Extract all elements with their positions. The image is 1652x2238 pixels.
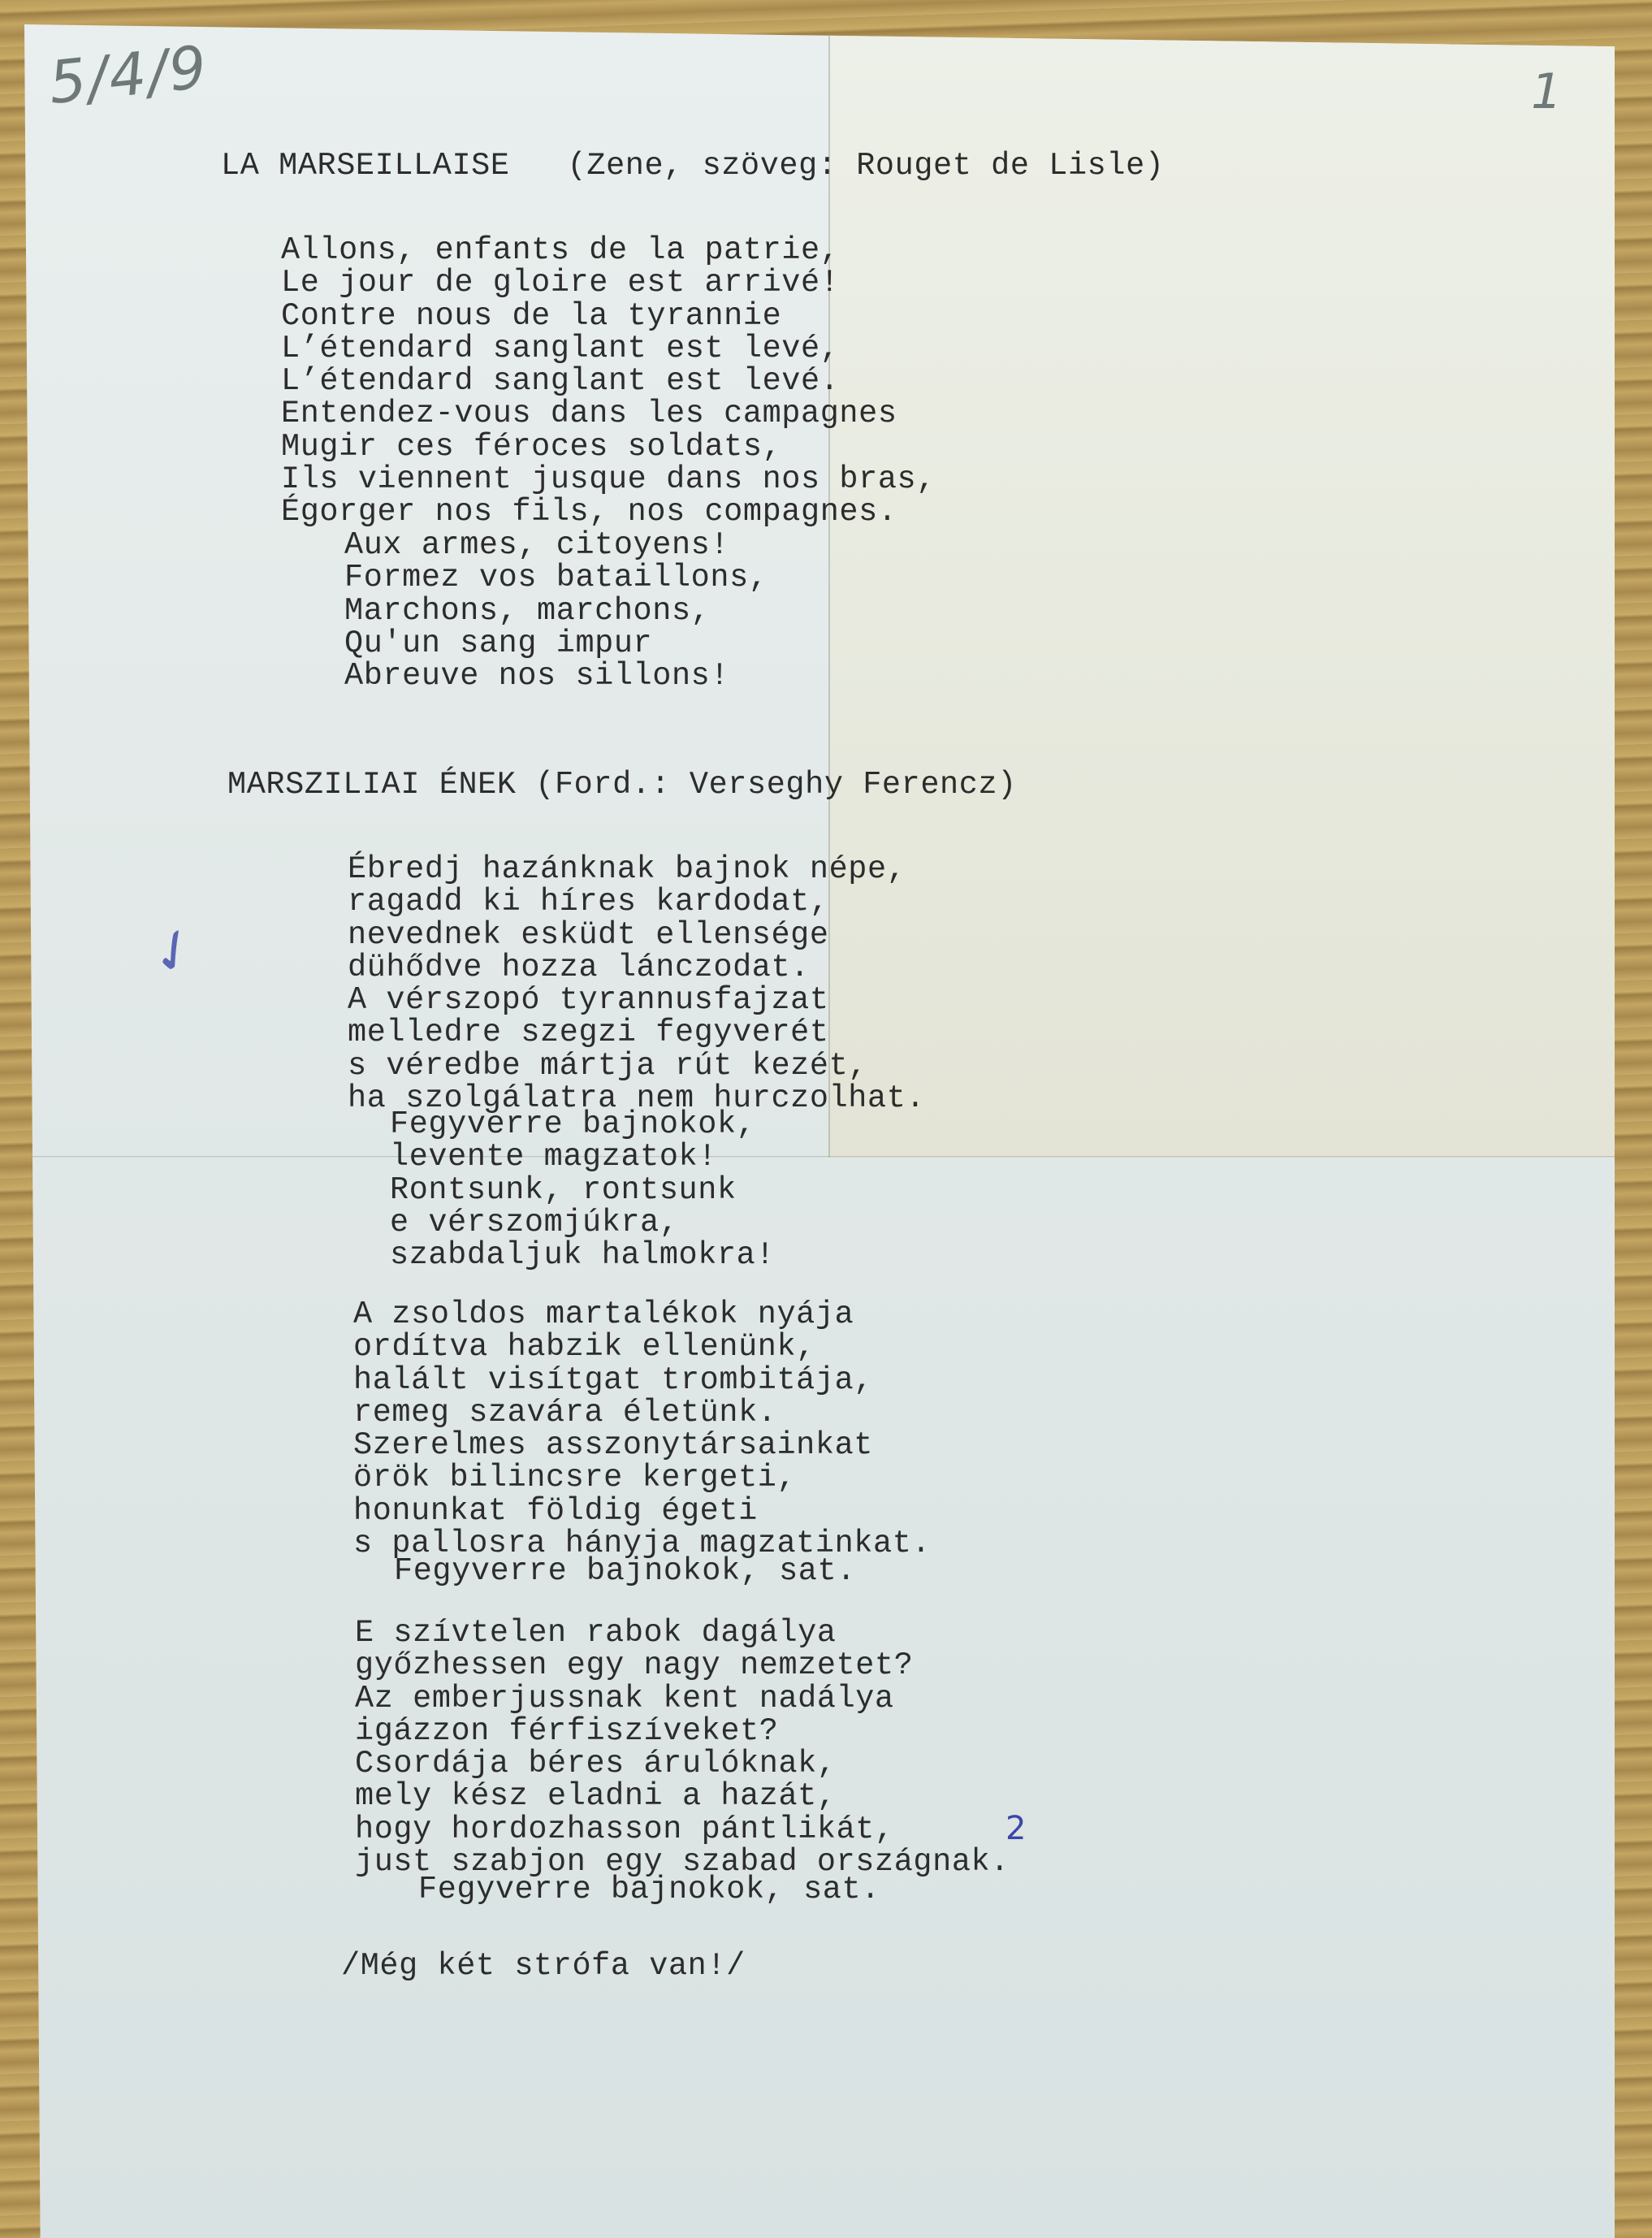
- verse-line: Ils viennent jusque dans nos bras,: [281, 463, 936, 496]
- verse-line: győzhessen egy nagy nemzetet?: [355, 1649, 1010, 1682]
- verse-line: Contre nous de la tyrannie: [281, 300, 936, 332]
- french-refrain: Aux armes, citoyens!Formez vos bataillon…: [344, 529, 768, 692]
- verse-line: Marchons, marchons,: [344, 595, 768, 627]
- verse-line: Csordája béres árulóknak,: [355, 1747, 1010, 1780]
- verse-line: Formez vos bataillons,: [344, 561, 768, 594]
- verse-line: Le jour de gloire est arrivé!: [281, 266, 936, 299]
- verse-line: hogy hordozhasson pántlikát,: [355, 1813, 1010, 1846]
- verse-line: ragadd ki híres kardodat,: [348, 885, 925, 918]
- verse-line: örök bilincsre kergeti,: [353, 1461, 931, 1494]
- verse-line: e vérszomjúkra,: [390, 1206, 775, 1239]
- verse-line: Abreuve nos sillons!: [344, 660, 768, 692]
- page-number: 1: [1531, 63, 1562, 120]
- verse-line: dühődve hozza lánczodat.: [348, 951, 925, 984]
- verse-line: melledre szegzi fegyverét: [348, 1016, 925, 1049]
- verse-line: remeg szavára életünk.: [353, 1396, 931, 1429]
- verse-line: Az emberjussnak kent nadálya: [355, 1682, 1010, 1715]
- verse-line: Fegyverre bajnokok,: [390, 1108, 775, 1141]
- hungarian-refrain: Fegyverre bajnokok,levente magzatok!Ront…: [390, 1108, 775, 1271]
- hungarian-stanza-3-refrain: Fegyverre bajnokok, sat.: [418, 1873, 880, 1906]
- verse-line: Allons, enfants de la patrie,: [281, 234, 936, 266]
- stanza-mark: 2: [1005, 1810, 1026, 1847]
- hungarian-stanza-2-refrain: Fegyverre bajnokok, sat.: [394, 1555, 856, 1587]
- verse-line: A vérszopó tyrannusfajzat: [348, 984, 925, 1016]
- verse-line: s véredbe mártja rút kezét,: [348, 1050, 925, 1082]
- yellowed-quadrant: [828, 24, 1615, 1158]
- verse-line: levente magzatok!: [390, 1141, 775, 1173]
- hungarian-title: MARSZILIAI ÉNEK (Ford.: Verseghy Ferencz…: [227, 768, 1017, 801]
- closing-note: /Még két strófa van!/: [341, 1950, 746, 1982]
- verse-line: mely kész eladni a hazát,: [355, 1780, 1010, 1812]
- verse-line: L’étendard sanglant est levé.: [281, 365, 936, 397]
- hungarian-stanza-1: Ébredj hazánknak bajnok népe,ragadd ki h…: [348, 853, 925, 1115]
- french-title: LA MARSEILLAISE (Zene, szöveg: Rouget de…: [221, 149, 1164, 182]
- horizontal-fold-line: [24, 1156, 1615, 1158]
- french-stanza: Allons, enfants de la patrie,Le jour de …: [281, 234, 936, 529]
- hungarian-stanza-2: A zsoldos martalékok nyájaordítva habzik…: [353, 1298, 931, 1560]
- verse-line: Égorger nos fils, nos compagnes.: [281, 496, 936, 528]
- verse-line: Szerelmes asszonytársainkat: [353, 1429, 931, 1461]
- verse-line: Entendez-vous dans les campagnes: [281, 397, 936, 430]
- verse-line: Mugir ces féroces soldats,: [281, 431, 936, 463]
- verse-line: Ébredj hazánknak bajnok népe,: [348, 853, 925, 885]
- verse-line: L’étendard sanglant est levé,: [281, 332, 936, 365]
- verse-line: A zsoldos martalékok nyája: [353, 1298, 931, 1331]
- hungarian-stanza-3: E szívtelen rabok dagályagyőzhessen egy …: [355, 1617, 1010, 1878]
- verse-line: honunkat földig égeti: [353, 1495, 931, 1527]
- verse-line: ordítva habzik ellenünk,: [353, 1331, 931, 1363]
- verse-line: E szívtelen rabok dagálya: [355, 1617, 1010, 1649]
- verse-line: nevednek esküdt ellensége: [348, 919, 925, 951]
- verse-line: igázzon férfiszíveket?: [355, 1715, 1010, 1747]
- verse-line: Rontsunk, rontsunk: [390, 1174, 775, 1206]
- verse-line: szabdaljuk halmokra!: [390, 1239, 775, 1271]
- verse-line: Aux armes, citoyens!: [344, 529, 768, 561]
- verse-line: Qu'un sang impur: [344, 627, 768, 660]
- verse-line: halált visítgat trombitája,: [353, 1364, 931, 1396]
